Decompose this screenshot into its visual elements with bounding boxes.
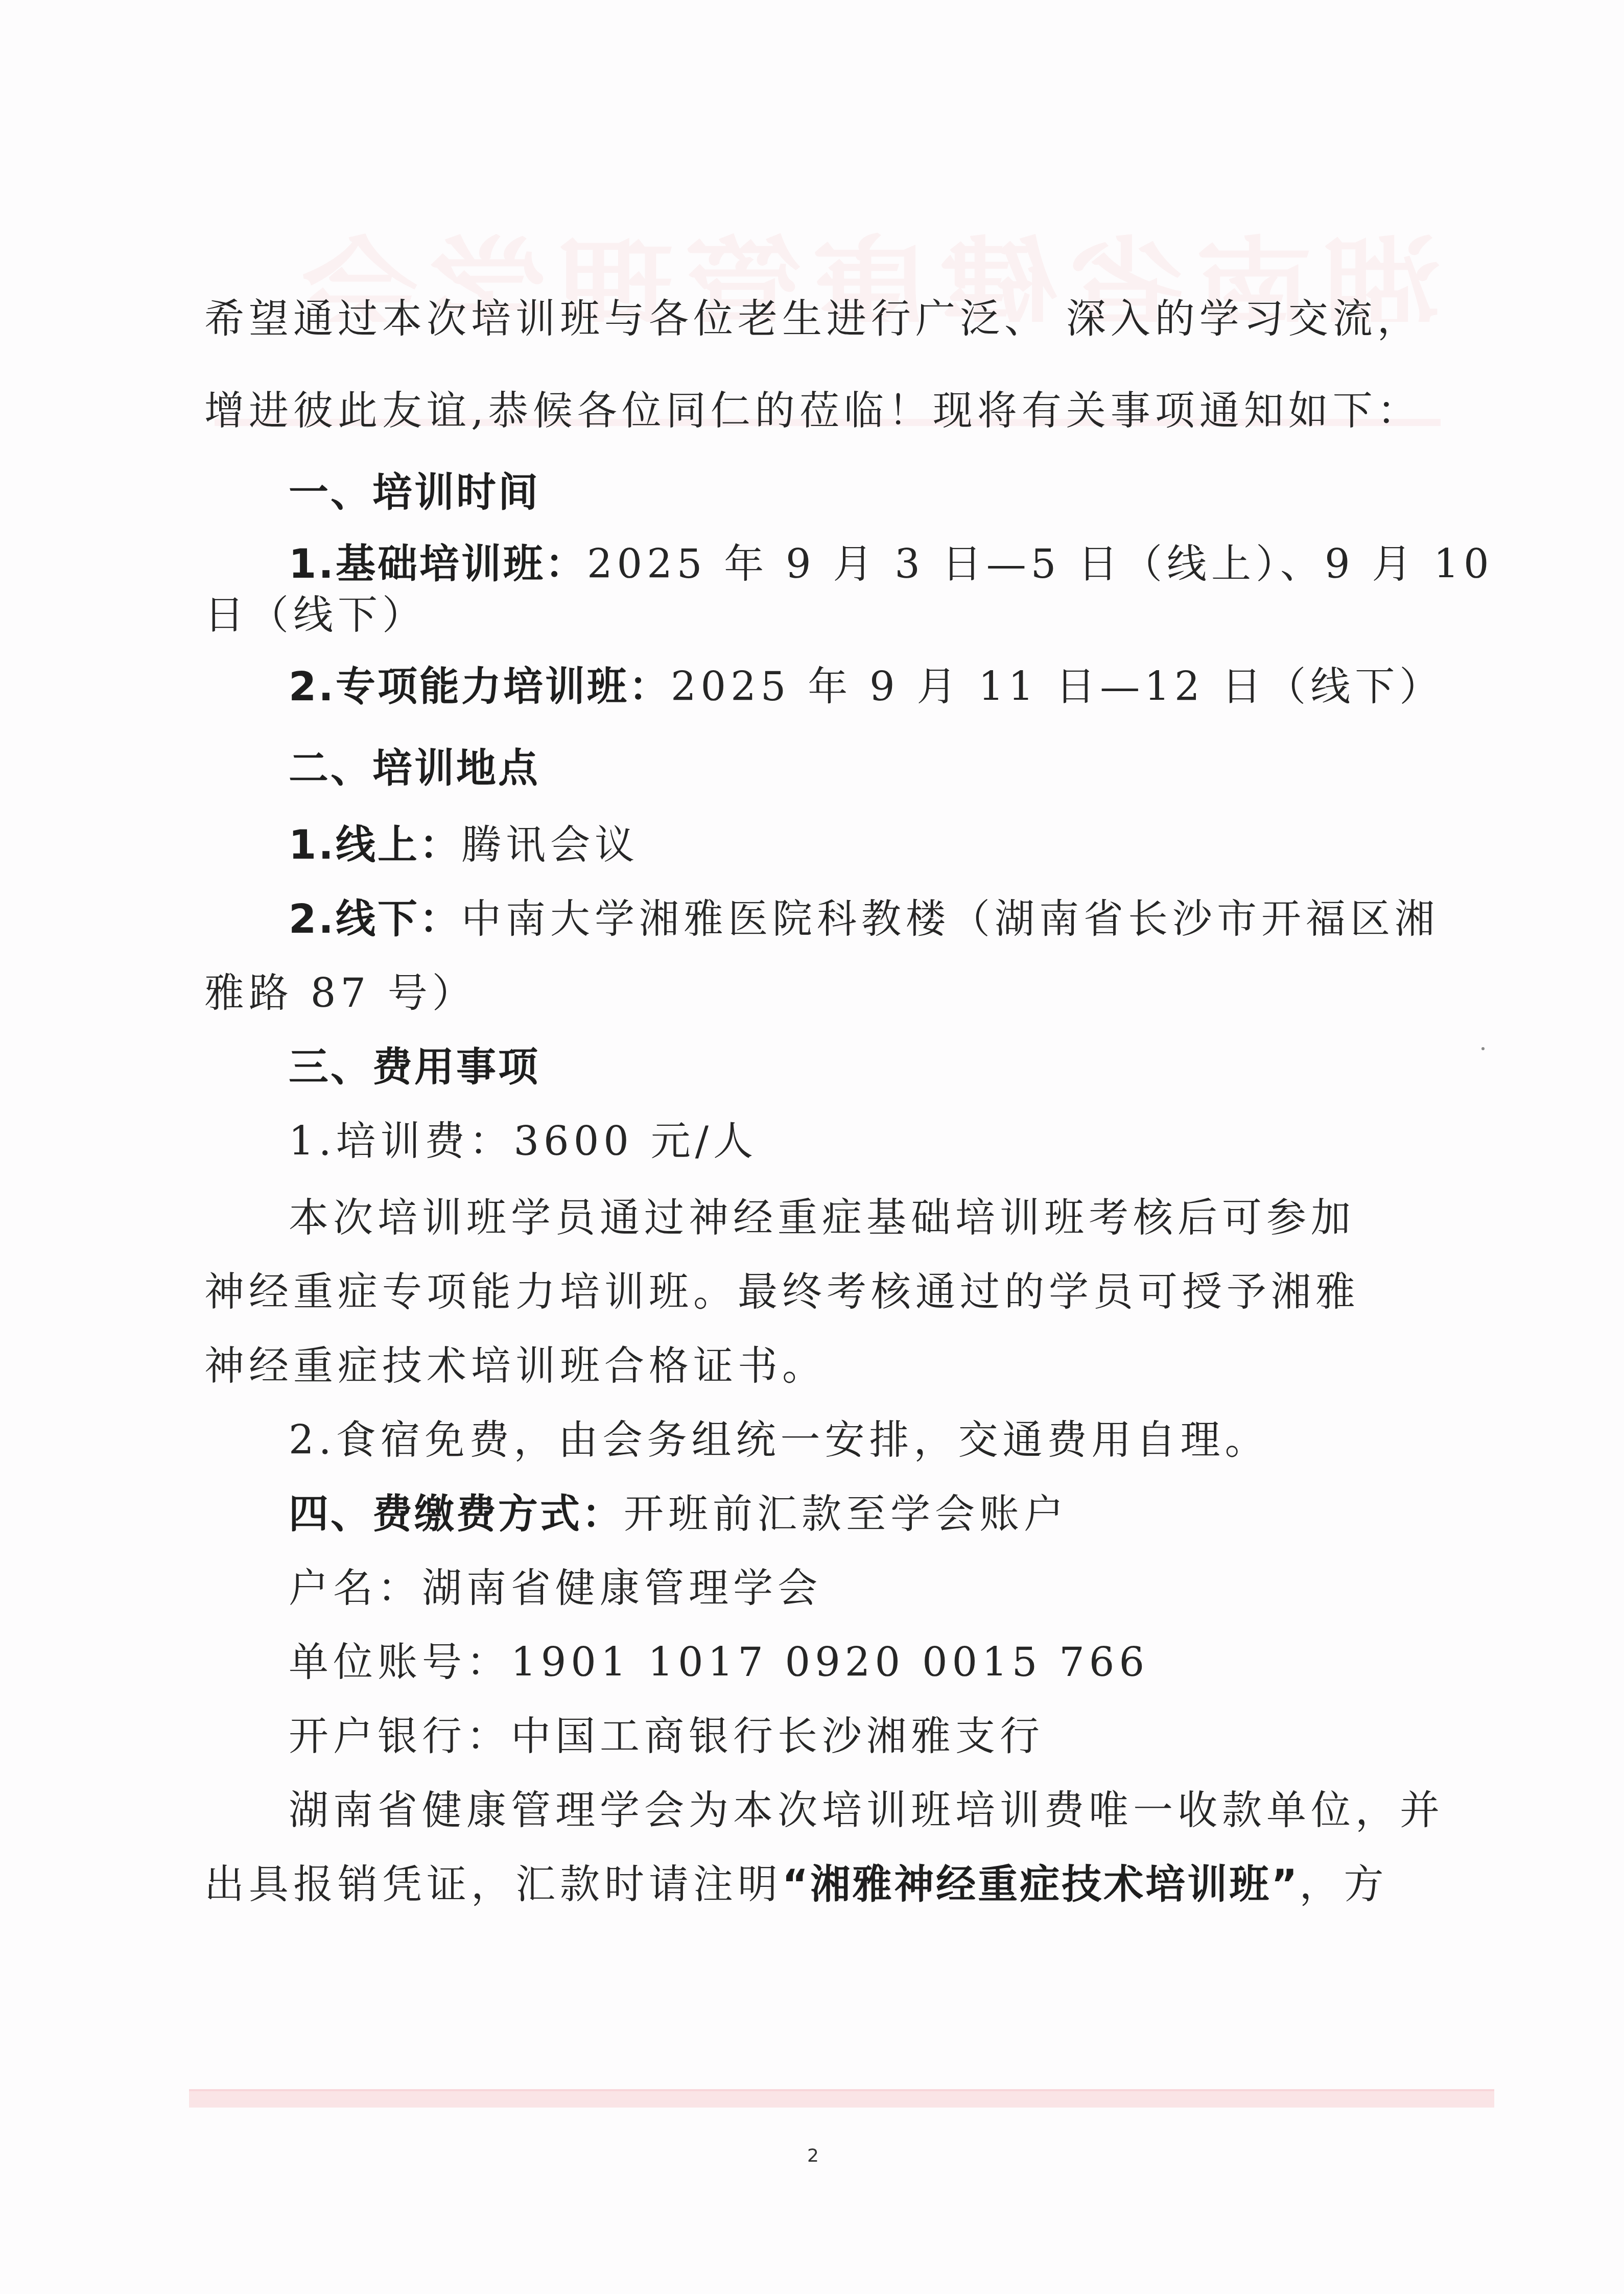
item-label: 1.基础培训班： (289, 541, 587, 587)
section-heading-label: 四、费缴费方式： (289, 1492, 624, 1538)
location-item-offline: 2.线下：中南大学湘雅医院科教楼（湖南省长沙市开福区湘 (289, 894, 1439, 945)
payment-account-number: 单位账号：1901 1017 0920 0015 766 (289, 1637, 1149, 1688)
fee-item-assessment-line-2: 神经重症专项能力培训班。最终考核通过的学员可授予湘雅 (204, 1267, 1360, 1318)
section-heading-payment-method: 四、费缴费方式：开班前汇款至学会账户 (289, 1489, 1068, 1540)
location-item-offline-continuation: 雅路 87 号） (204, 968, 477, 1019)
training-time-item-2: 2.专项能力培训班：2025 年 9 月 11 日—12 日（线下） (289, 661, 1444, 713)
training-time-item-1-continuation: 日（线下） (204, 590, 427, 641)
section-heading-text: 开班前汇款至学会账户 (624, 1492, 1068, 1538)
item-text: 2025 年 9 月 3 日—5 日（线上）、9 月 10 (587, 541, 1494, 587)
item-text: 中南大学湘雅医院科教楼（湖南省长沙市开福区湘 (461, 896, 1439, 942)
section-heading-fees: 三、费用事项 (289, 1042, 540, 1093)
payment-bank: 开户银行：中国工商银行长沙湘雅支行 (289, 1711, 1044, 1762)
fee-item-assessment-line-3: 神经重症技术培训班合格证书。 (204, 1341, 827, 1392)
location-item-online: 1.线上：腾讯会议 (289, 820, 639, 871)
intro-line-1: 希望通过本次培训班与各位老生进行广泛、 深入的学习交流， (204, 294, 1422, 345)
intro-line-2: 增进彼此友谊,恭候各位同仁的莅临！现将有关事项通知如下： (204, 386, 1422, 437)
payment-note-line-2: 出具报销凭证，汇款时请注明“湘雅神经重症技术培训班”，方 (204, 1859, 1388, 1910)
note-prefix: 出具报销凭证，汇款时请注明 (204, 1862, 782, 1908)
item-text: 2025 年 9 月 11 日—12 日（线下） (671, 664, 1444, 710)
item-label: 2.线下： (289, 896, 461, 942)
note-suffix: ，方 (1300, 1862, 1388, 1908)
payment-account-name: 户名：湖南省健康管理学会 (289, 1563, 822, 1614)
fee-item-training-fee: 1.培训费：3600 元/人 (289, 1116, 758, 1167)
item-text: 腾讯会议 (461, 822, 639, 868)
page-number: 2 (807, 2145, 819, 2166)
fee-item-accommodation: 2.食宿免费，由会务组统一安排，交通费用自理。 (289, 1415, 1269, 1466)
item-label: 1.线上： (289, 822, 461, 868)
section-heading-training-location: 二、培训地点 (289, 743, 540, 794)
training-time-item-1: 1.基础培训班：2025 年 9 月 3 日—5 日（线上）、9 月 10 (289, 539, 1494, 590)
item-label: 2.专项能力培训班： (289, 664, 671, 710)
payment-note-line-1: 湖南省健康管理学会为本次培训班培训费唯一收款单位，并 (289, 1785, 1444, 1836)
note-emphasis: “湘雅神经重症技术培训班” (782, 1862, 1300, 1908)
fee-item-assessment-line-1: 本次培训班学员通过神经重症基础培训班考核后可参加 (289, 1193, 1355, 1244)
section-heading-training-time: 一、培训时间 (289, 467, 540, 518)
scan-speck (1481, 1047, 1485, 1050)
footer-rule-bleed-through (189, 2089, 1494, 2108)
